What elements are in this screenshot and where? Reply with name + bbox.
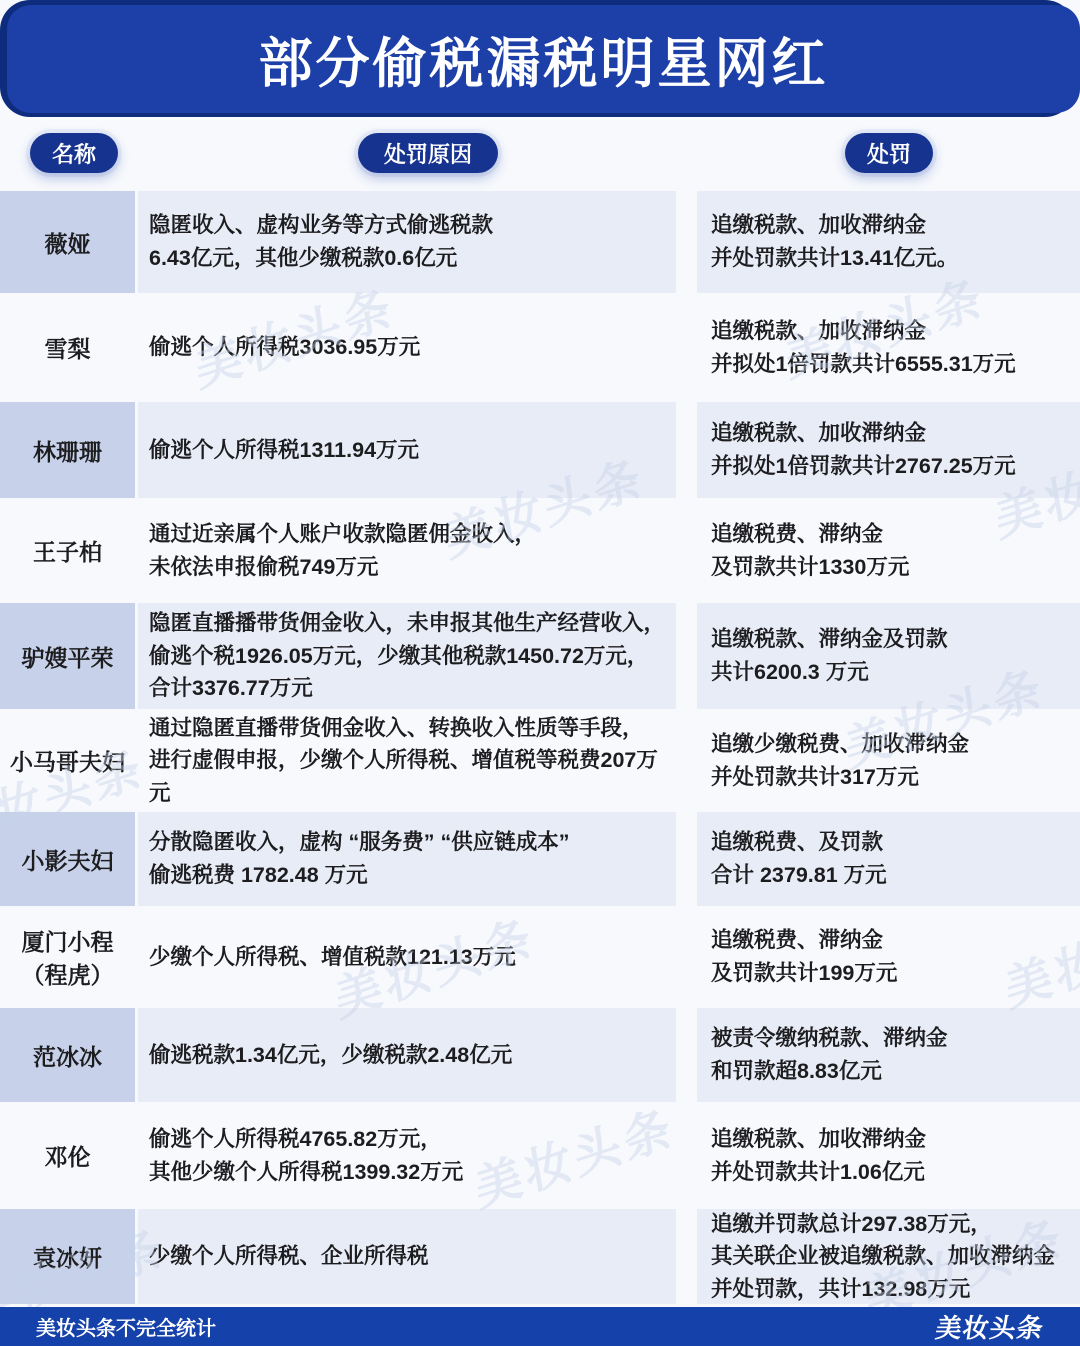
table-row: 林珊珊 偷逃个人所得税1311.94万元 追缴税款、加收滞纳金 并拟处1倍罚款共… [0,399,1080,501]
reason-cell: 偷逃个人所得税4765.82万元， 其他少缴个人所得税1399.32万元 [138,1108,676,1203]
table-row: 薇娅 隐匿收入、虚构业务等方式偷逃税款 6.43亿元，其他少缴税款0.6亿元 追… [0,188,1080,296]
penalty-cell: 追缴税费、滞纳金 及罚款共计1330万元 [697,504,1080,597]
reason-cell: 偷逃个人所得税3036.95万元 [138,299,676,396]
reason-cell: 少缴个人所得税、企业所得税 [138,1209,676,1304]
penalty-cell: 追缴税款、加收滞纳金 并拟处1倍罚款共计6555.31万元 [697,299,1080,396]
banner-front-layer: 部分偷税漏税明星网红 [7,5,1080,113]
table-body: 薇娅 隐匿收入、虚构业务等方式偷逃税款 6.43亿元，其他少缴税款0.6亿元 追… [0,188,1080,1307]
name-cell: 厦门小程 （程虎） [0,912,135,1002]
reason-cell: 隐匿直播播带货佣金收入，未申报其他生产经营收入， 偷逃个税1926.05万元，少… [138,603,676,709]
penalty-cell: 追缴税款、加收滞纳金 并处罚款共计1.06亿元 [697,1108,1080,1203]
footer-bar: 美妆头条不完全统计 美妆头条 [0,1307,1080,1346]
name-cell: 王子柏 [0,504,135,597]
penalty-cell: 追缴税款、加收滞纳金 并处罚款共计13.41亿元。 [697,191,1080,293]
footer-note: 美妆头条不完全统计 [36,1312,216,1341]
name-cell: 薇娅 [0,191,135,293]
name-cell: 小马哥夫妇 [0,715,135,806]
penalty-cell: 被责令缴纳税款、滞纳金 和罚款超8.83亿元 [697,1008,1080,1102]
reason-cell: 偷逃税款1.34亿元，少缴税款2.48亿元 [138,1008,676,1102]
penalty-cell: 追缴税费、滞纳金 及罚款共计199万元 [697,912,1080,1002]
reason-cell: 少缴个人所得税、增值税款121.13万元 [138,912,676,1002]
page-title: 部分偷税漏税明星网红 [259,21,829,98]
table-row: 袁冰妍 少缴个人所得税、企业所得税 追缴并罚款总计297.38万元， 其关联企业… [0,1206,1080,1307]
table-row: 邓伦 偷逃个人所得税4765.82万元， 其他少缴个人所得税1399.32万元 … [0,1105,1080,1206]
name-cell: 驴嫂平荣 [0,603,135,709]
table-row: 雪梨 偷逃个人所得税3036.95万元 追缴税款、加收滞纳金 并拟处1倍罚款共计… [0,296,1080,399]
table-row: 小影夫妇 分散隐匿收入，虚构 “服务费” “供应链成本” 偷逃税费 1782.4… [0,809,1080,909]
column-header-penalty: 处罚 [845,133,933,173]
reason-cell: 通过隐匿直播带货佣金收入、转换收入性质等手段， 进行虚假申报，少缴个人所得税、增… [138,715,676,806]
name-cell: 林珊珊 [0,402,135,498]
name-cell: 邓伦 [0,1108,135,1203]
reason-cell: 偷逃个人所得税1311.94万元 [138,402,676,498]
title-banner: 部分偷税漏税明星网红 [0,0,1080,113]
reason-cell: 分散隐匿收入，虚构 “服务费” “供应链成本” 偷逃税费 1782.48 万元 [138,812,676,906]
penalty-cell: 追缴税款、加收滞纳金 并拟处1倍罚款共计2767.25万元 [697,402,1080,498]
penalty-cell: 追缴并罚款总计297.38万元， 其关联企业被追缴税款、加收滞纳金 并处罚款，共… [697,1209,1080,1304]
penalty-cell: 追缴少缴税费、加收滞纳金 并处罚款共计317万元 [697,715,1080,806]
table-row: 厦门小程 （程虎） 少缴个人所得税、增值税款121.13万元 追缴税费、滞纳金 … [0,909,1080,1005]
column-header-row: 名称 处罚原因 处罚 [0,113,1080,188]
name-cell: 雪梨 [0,299,135,396]
table-row: 范冰冰 偷逃税款1.34亿元，少缴税款2.48亿元 被责令缴纳税款、滞纳金 和罚… [0,1005,1080,1105]
table-row: 小马哥夫妇 通过隐匿直播带货佣金收入、转换收入性质等手段， 进行虚假申报，少缴个… [0,712,1080,809]
infographic-page: 部分偷税漏税明星网红 名称 处罚原因 处罚 薇娅 隐匿收入、虚构业务等方式偷逃税… [0,0,1080,1346]
reason-cell: 通过近亲属个人账户收款隐匿佣金收入， 未依法申报偷税749万元 [138,504,676,597]
name-cell: 袁冰妍 [0,1209,135,1304]
reason-cell: 隐匿收入、虚构业务等方式偷逃税款 6.43亿元，其他少缴税款0.6亿元 [138,191,676,293]
column-header-name: 名称 [30,133,118,173]
name-cell: 小影夫妇 [0,812,135,906]
table-row: 驴嫂平荣 隐匿直播播带货佣金收入，未申报其他生产经营收入， 偷逃个税1926.0… [0,600,1080,712]
name-cell: 范冰冰 [0,1008,135,1102]
brand-logo: 美妆头条 [933,1308,1046,1345]
column-header-reason: 处罚原因 [358,133,498,173]
penalty-cell: 追缴税费、及罚款 合计 2379.81 万元 [697,812,1080,906]
table-row: 王子柏 通过近亲属个人账户收款隐匿佣金收入， 未依法申报偷税749万元 追缴税费… [0,501,1080,600]
penalty-cell: 追缴税款、滞纳金及罚款 共计6200.3 万元 [697,603,1080,709]
